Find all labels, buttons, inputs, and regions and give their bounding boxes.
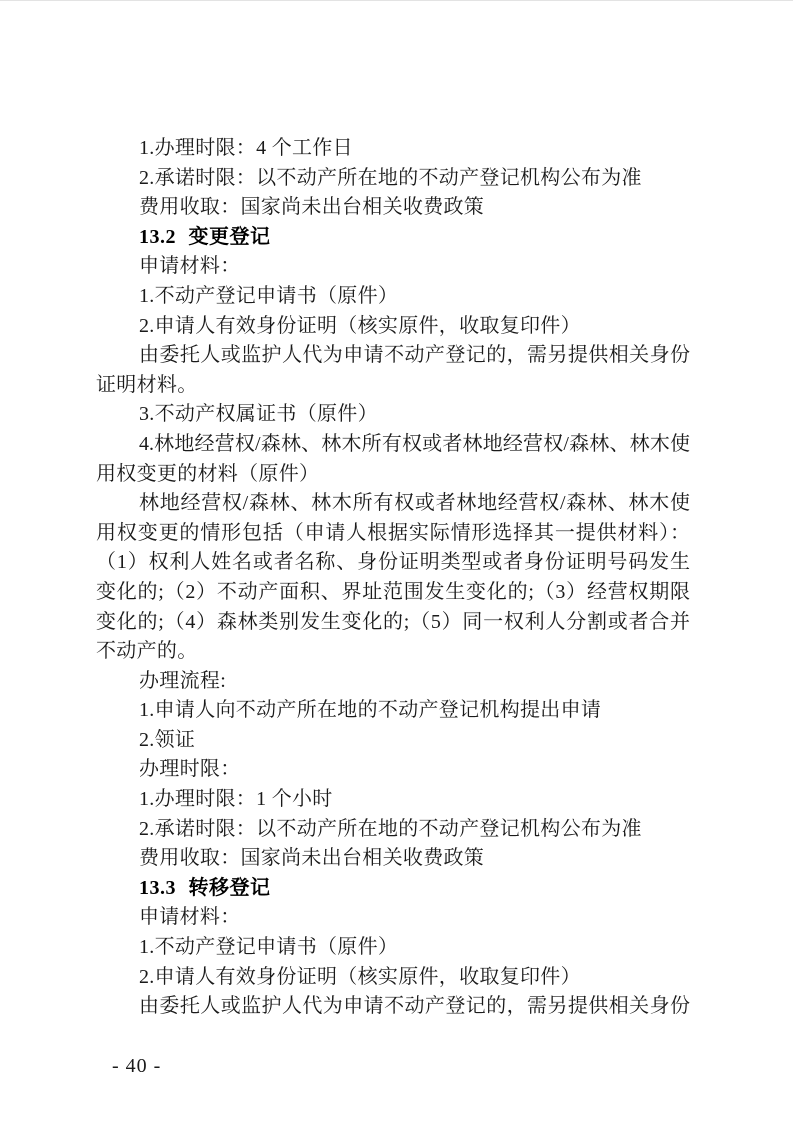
text-line: 4.林地经营权/森林、林木所有权或者林地经营权/森林、林木使 [96, 430, 690, 460]
document-page: 1.办理时限：4 个工作日2.承诺时限：以不动产所在地的不动产登记机构公布为准费… [0, 0, 793, 1123]
text-line: 变化的;（4）森林类别发生变化的;（5）同一权利人分割或者合并 [96, 608, 690, 638]
text-line: 变化的;（2）不动产面积、界址范围发生变化的;（3）经营权期限 [96, 578, 690, 608]
text-line: 1.不动产登记申请书（原件） [96, 282, 690, 312]
text-line: 1.办理时限：1 个小时 [96, 785, 690, 815]
text-line: 用权变更的材料（原件） [96, 460, 690, 490]
text-line: 3.不动产权属证书（原件） [96, 400, 690, 430]
text-line: 2.承诺时限：以不动产所在地的不动产登记机构公布为准 [96, 164, 690, 194]
section-heading: 13.3 转移登记 [96, 874, 690, 904]
text-line: 2.承诺时限：以不动产所在地的不动产登记机构公布为准 [96, 815, 690, 845]
text-line: 林地经营权/森林、林木所有权或者林地经营权/森林、林木使 [96, 489, 690, 519]
text-line: （1）权利人姓名或者名称、身份证明类型或者身份证明号码发生 [96, 548, 690, 578]
text-line: 1.不动产登记申请书（原件） [96, 933, 690, 963]
text-line: 2.领证 [96, 726, 690, 756]
text-line: 申请材料： [96, 252, 690, 282]
text-line: 申请材料： [96, 903, 690, 933]
text-line: 费用收取：国家尚未出台相关收费政策 [96, 844, 690, 874]
text-line: 由委托人或监护人代为申请不动产登记的，需另提供相关身份 [96, 992, 690, 1022]
text-block: 1.办理时限：4 个工作日2.承诺时限：以不动产所在地的不动产登记机构公布为准费… [96, 134, 690, 1022]
page-number: - 40 - [112, 1054, 161, 1078]
section-heading: 13.2 变更登记 [96, 223, 690, 253]
text-line: 办理时限： [96, 755, 690, 785]
text-line: 办理流程: [96, 667, 690, 697]
text-line: 用权变更的情形包括（申请人根据实际情形选择其一提供材料）： [96, 519, 690, 549]
text-line: 1.办理时限：4 个工作日 [96, 134, 690, 164]
text-line: 不动产的。 [96, 637, 690, 667]
text-line: 1.申请人向不动产所在地的不动产登记机构提出申请 [96, 696, 690, 726]
text-line: 2.申请人有效身份证明（核实原件，收取复印件） [96, 312, 690, 342]
text-line: 由委托人或监护人代为申请不动产登记的，需另提供相关身份 [96, 341, 690, 371]
text-line: 证明材料。 [96, 371, 690, 401]
text-line: 费用收取：国家尚未出台相关收费政策 [96, 193, 690, 223]
text-line: 2.申请人有效身份证明（核实原件，收取复印件） [96, 963, 690, 993]
